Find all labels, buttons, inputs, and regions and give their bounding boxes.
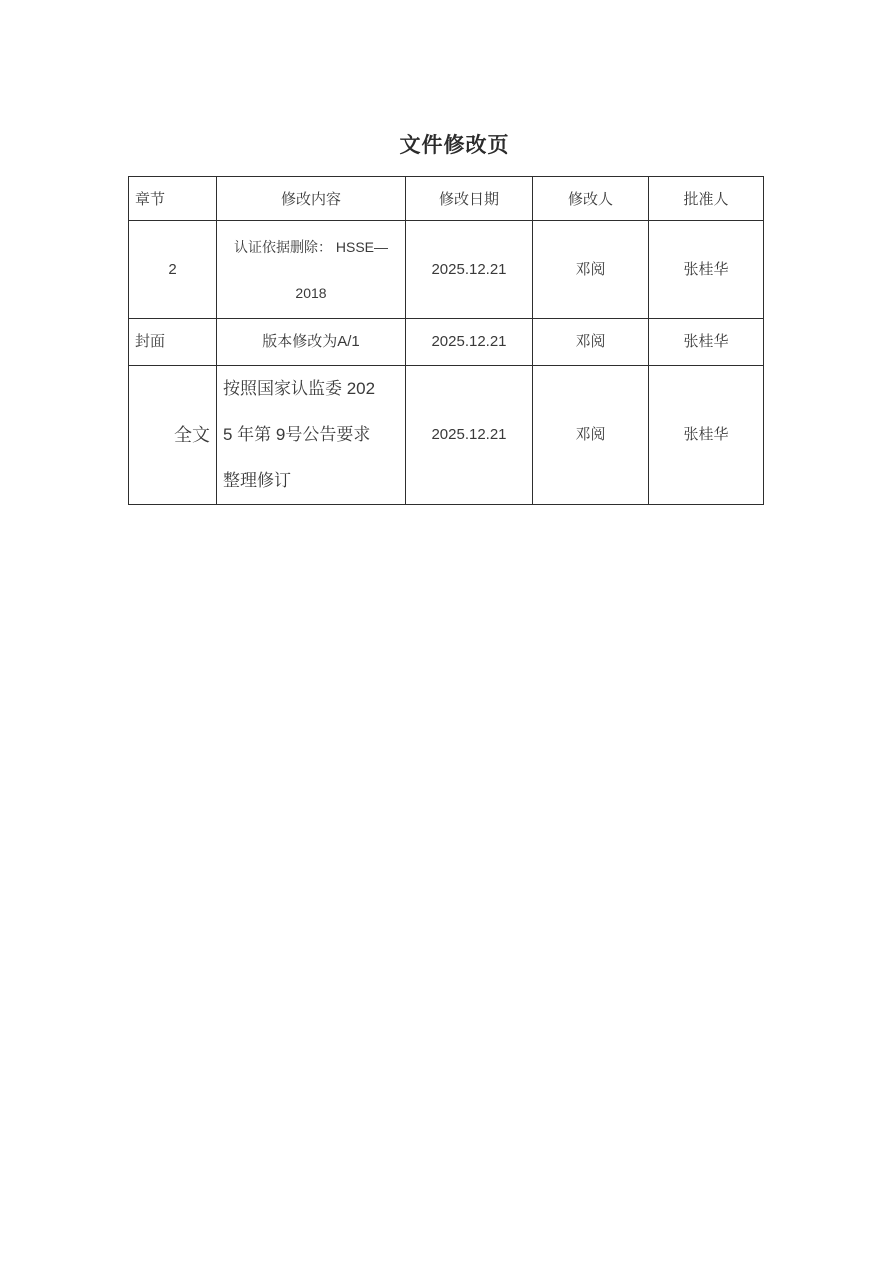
col-header-section: 章节	[129, 177, 217, 221]
cell-section: 封面	[129, 319, 217, 366]
cell-approver: 张桂华	[649, 221, 764, 319]
cell-date: 2025.12.21	[406, 319, 533, 366]
cell-content: 认证依据删除： HSSE— 2018	[217, 221, 406, 319]
cell-modifier: 邓阅	[533, 319, 649, 366]
cell-content: 版本修改为A/1	[217, 319, 406, 366]
cell-section: 全文	[129, 366, 217, 505]
document-page: 文件修改页 章节 修改内容 修改日期 修改人 批准人 2 认证依据删除： HSS…	[0, 0, 892, 1262]
col-header-modifier: 修改人	[533, 177, 649, 221]
cell-modifier: 邓阅	[533, 221, 649, 319]
cell-date: 2025.12.21	[406, 221, 533, 319]
cell-content: 按照国家认监委 202 5 年第 9号公告要求 整理修订	[217, 366, 406, 505]
table-header-row: 章节 修改内容 修改日期 修改人 批准人	[129, 177, 764, 221]
table-row: 封面 版本修改为A/1 2025.12.21 邓阅 张桂华	[129, 319, 764, 366]
cell-modifier: 邓阅	[533, 366, 649, 505]
col-header-approver: 批准人	[649, 177, 764, 221]
page-title: 文件修改页	[137, 130, 772, 162]
cell-section: 2	[129, 221, 217, 319]
col-header-date: 修改日期	[406, 177, 533, 221]
revision-table: 章节 修改内容 修改日期 修改人 批准人 2 认证依据删除： HSSE— 201…	[128, 176, 764, 505]
table-row: 2 认证依据删除： HSSE— 2018 2025.12.21 邓阅 张桂华	[129, 221, 764, 319]
col-header-content: 修改内容	[217, 177, 406, 221]
cell-date: 2025.12.21	[406, 366, 533, 505]
cell-approver: 张桂华	[649, 366, 764, 505]
table-row: 全文 按照国家认监委 202 5 年第 9号公告要求 整理修订 2025.12.…	[129, 366, 764, 505]
cell-approver: 张桂华	[649, 319, 764, 366]
